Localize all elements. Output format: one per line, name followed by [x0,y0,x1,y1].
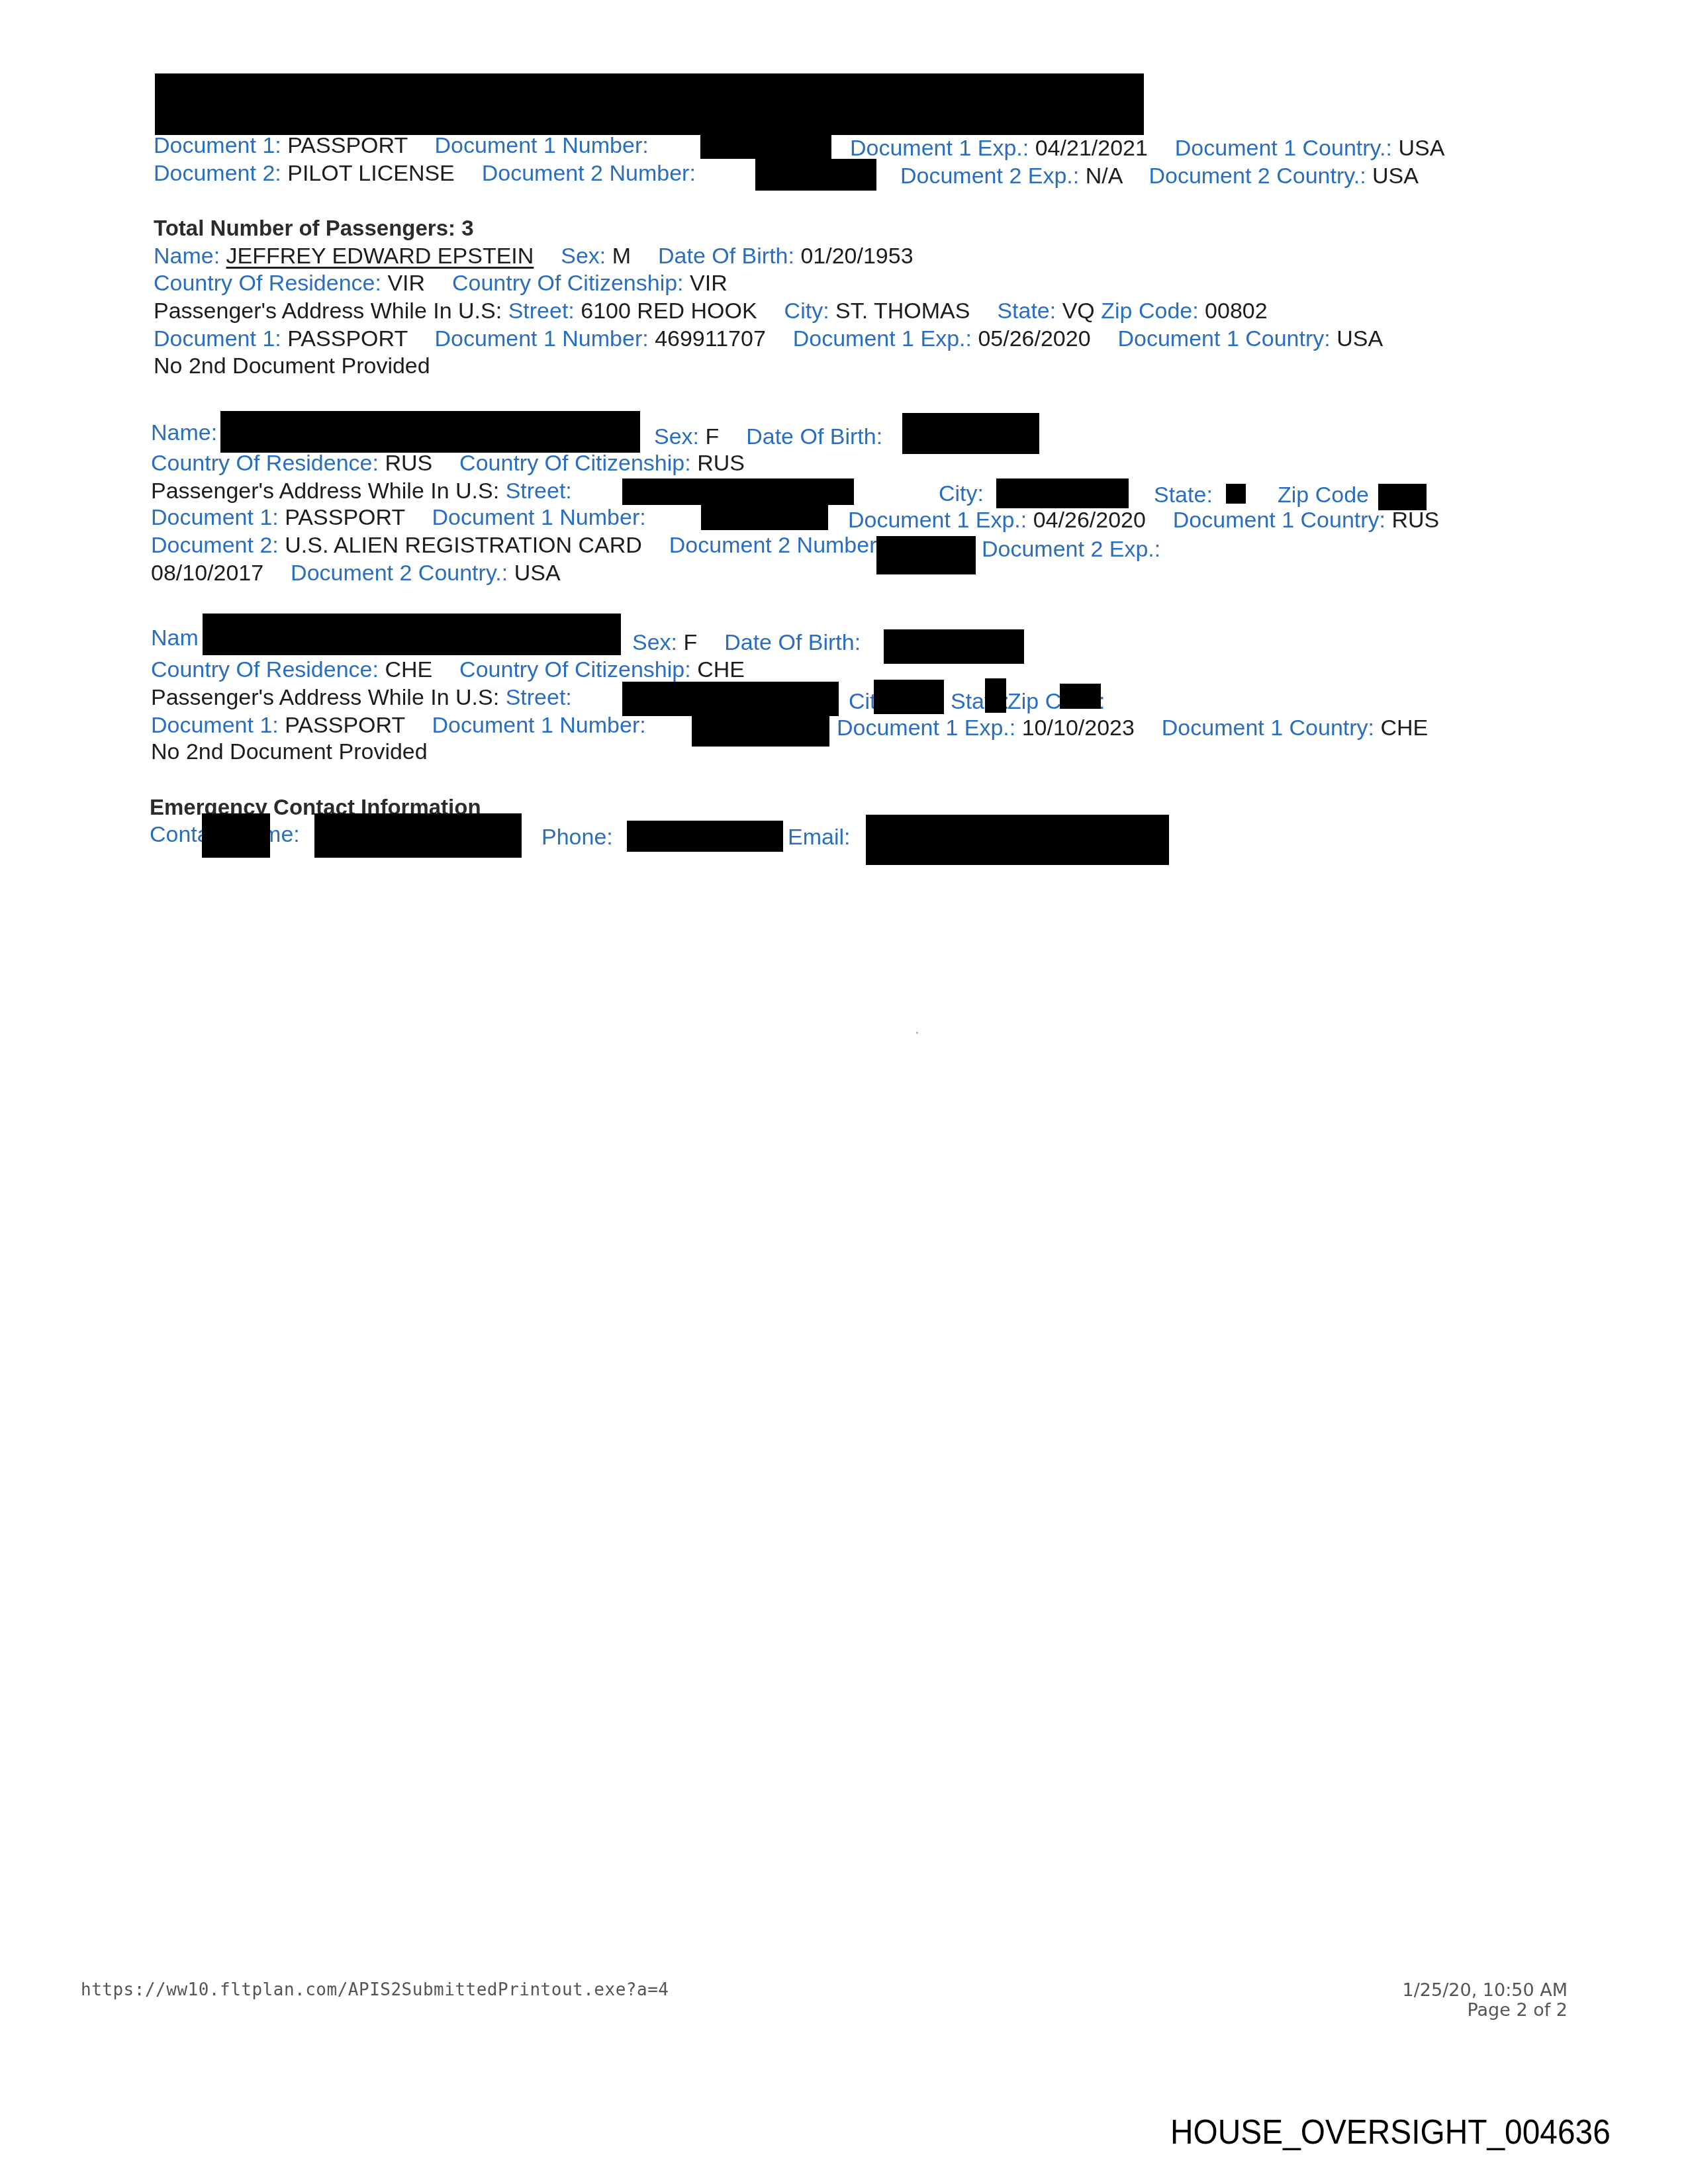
p2-zip-label: Zip Code [1278,482,1369,508]
p2-street-label: Street: [506,478,572,504]
scan-artifact [916,1032,918,1034]
footer-page-number: Page 2 of 2 [1468,2000,1568,2021]
p2-sex-value: F [706,424,720,449]
p1-doc1-row: Document 1: PASSPORT Document 1 Number: … [154,326,1383,352]
p1-doc1-label: Document 1: [154,326,281,351]
p1-doc1-number-label: Document 1 Number: [435,326,649,351]
p2-doc1-number-label: Document 1 Number: [432,505,646,530]
p1-dob-value: 01/20/1953 [800,244,913,269]
p3-doc1-exp-value: 10/10/2023 [1022,715,1135,741]
redaction-p2-dob [902,413,1039,454]
p2-state-zip-row: State: [1154,482,1213,508]
crew-doc2-label: Document 2: [154,161,281,186]
crew-doc2-exp-row: Document 2 Exp.: N/A Document 2 Country.… [900,163,1419,189]
p3-country-row: Country Of Residence: CHE Country Of Cit… [151,657,745,683]
crew-doc2-exp-label: Document 2 Exp.: [900,163,1079,189]
p2-sex-label: Sex: [654,424,699,449]
p3-second-doc-text: No 2nd Document Provided [151,739,428,764]
p2-country-row: Country Of Residence: RUS Country Of Cit… [151,450,745,477]
p3-doc1-number-label: Document 1 Number: [432,713,646,738]
p1-zip-value: 00802 [1205,298,1268,324]
p1-name-value: JEFFREY EDWARD EPSTEIN [226,244,534,269]
p3-second-doc-note: No 2nd Document Provided [151,739,428,765]
p1-address-label: Passenger's Address While In U.S: [154,298,502,324]
redaction-p2-doc2-number [876,536,976,574]
p3-citizenship-label: Country Of Citizenship: [459,657,691,682]
p3-sex-dob-row: Sex: F Date Of Birth: [632,629,861,656]
p3-residence-label: Country Of Residence: [151,657,379,682]
footer-url: https://ww10.fltplan.com/APIS2SubmittedP… [81,1980,669,2000]
redaction-p2-zip [1378,484,1427,510]
p3-residence-value: CHE [385,657,432,682]
p3-dob-label: Date Of Birth: [724,630,861,655]
p3-name-label: Nam [151,625,199,651]
p2-doc2-label: Document 2: [151,533,279,558]
p1-state-value: VQ [1062,298,1095,324]
redaction-p2-city [996,478,1129,508]
p3-doc1-row: Document 1: PASSPORT Document 1 Number: [151,712,646,739]
p2-name-row: Name: [151,420,217,446]
p1-state-label: State: [997,298,1056,324]
p3-doc1-country-value: CHE [1381,715,1429,741]
redaction-p3-dob [884,629,1024,664]
crew-doc1-value: PASSPORT [287,133,407,158]
p2-citizenship-value: RUS [697,451,745,476]
p1-residence-value: VIR [387,271,425,296]
crew-doc2-country-value: USA [1372,163,1419,189]
p3-address-row: Passenger's Address While In U.S: Street… [151,684,572,711]
p3-doc1-country-label: Document 1 Country: [1162,715,1374,741]
redaction-p3-city [874,680,944,714]
p3-doc1-exp-row: Document 1 Exp.: 10/10/2023 Document 1 C… [837,715,1428,741]
redaction-emergency-phone [627,821,783,852]
crew-doc1-country-value: USA [1398,136,1444,161]
p2-doc1-country-label: Document 1 Country: [1173,508,1385,533]
p1-sex-value: M [612,244,631,269]
crew-doc1-exp-label: Document 1 Exp.: [850,136,1029,161]
redaction-emergency-name [202,813,270,858]
redaction-p2-street [622,478,854,505]
crew-doc1-label: Document 1: [154,133,281,158]
p2-state-label: State: [1154,482,1213,508]
p2-zip-row: Zip Code [1278,482,1369,508]
p1-doc1-value: PASSPORT [287,326,407,351]
bates-number: HOUSE_OVERSIGHT_004636 [1170,2113,1611,2152]
redaction-p3-zip [1060,684,1101,709]
p2-sex-dob-row: Sex: F Date Of Birth: [654,424,882,450]
p2-city-label: City: [939,481,984,506]
p1-city-label: City: [784,298,829,324]
p2-doc2-value: U.S. ALIEN REGISTRATION CARD [285,533,642,558]
p2-residence-value: RUS [385,451,432,476]
crew-doc2-exp-value: N/A [1086,163,1122,189]
p2-doc2-exp-continued: 08/10/2017 Document 2 Country.: USA [151,560,561,586]
p2-name-label: Name: [151,420,217,445]
redaction-emergency-email [866,815,1169,865]
p2-doc1-value: PASSPORT [285,505,404,530]
document-page: Document 1: PASSPORT Document 1 Number: … [0,0,1688,2184]
redaction-p2-name [220,411,640,453]
redaction-emergency-name-2 [314,813,522,858]
p3-sex-value: F [684,630,698,655]
p1-dob-label: Date Of Birth: [658,244,794,269]
p2-doc2-number-label: Document 2 Number: [669,533,883,558]
p1-doc1-exp-value: 05/26/2020 [978,326,1090,351]
p2-doc2-country-value: USA [514,561,561,586]
footer-timestamp: 1/25/20, 10:50 AM [1403,1980,1568,2001]
p2-residence-label: Country Of Residence: [151,451,379,476]
p1-residence-label: Country Of Residence: [154,271,381,296]
p2-citizenship-label: Country Of Citizenship: [459,451,691,476]
redaction-p2-state [1226,484,1246,504]
p1-name-label: Name: [154,244,220,269]
p2-dob-label: Date Of Birth: [746,424,882,449]
p1-doc1-country-label: Document 1 Country: [1117,326,1330,351]
p1-country-row: Country Of Residence: VIR Country Of Cit… [154,270,727,296]
p3-name-row: Nam [151,625,199,651]
crew-doc1-number-label: Document 1 Number: [435,133,649,158]
crew-doc1-country-label: Document 1 Country.: [1175,136,1392,161]
p1-street-label: Street: [508,298,575,324]
p1-second-doc-note: No 2nd Document Provided [154,353,430,379]
crew-doc1-row: Document 1: PASSPORT Document 1 Number: [154,132,649,159]
p1-citizenship-value: VIR [690,271,727,296]
crew-doc2-country-label: Document 2 Country.: [1149,163,1366,189]
p3-doc1-exp-label: Document 1 Exp.: [837,715,1015,741]
emergency-phone-label: Phone: [541,825,613,850]
p2-doc2-country-label: Document 2 Country.: [291,561,508,586]
p3-doc1-label: Document 1: [151,713,279,738]
p1-address-row: Passenger's Address While In U.S: Street… [154,298,1268,324]
p2-doc1-exp-label: Document 1 Exp.: [848,508,1027,533]
redaction-p3-state [985,678,1006,713]
crew-doc2-row: Document 2: PILOT LICENSE Document 2 Num… [154,160,696,187]
redaction-p2-doc1-number [701,503,828,530]
p2-city-row: City: [939,480,984,507]
p2-address-row: Passenger's Address While In U.S: Street… [151,478,572,504]
p2-doc1-row: Document 1: PASSPORT Document 1 Number: [151,504,646,531]
p1-doc1-country-value: USA [1336,326,1383,351]
emergency-email-label: Email: [788,825,850,850]
p1-sex-label: Sex: [561,244,606,269]
p2-doc2-row: Document 2: U.S. ALIEN REGISTRATION CARD… [151,532,883,559]
redaction-p3-name [203,614,621,655]
redaction-crew-doc2-number [755,159,876,191]
p2-doc1-exp-value: 04/26/2020 [1033,508,1146,533]
redaction-crew-doc1-number [700,135,831,159]
p3-sex-label: Sex: [632,630,677,655]
redaction-p3-doc1-number [692,709,829,747]
p1-citizenship-label: Country Of Citizenship: [452,271,684,296]
p3-doc1-value: PASSPORT [285,713,404,738]
p2-doc2-exp-value: 08/10/2017 [151,561,263,586]
emergency-phone-row: Phone: [541,824,613,850]
p1-doc1-number-value: 469911707 [655,326,766,351]
p1-doc1-exp-label: Document 1 Exp.: [793,326,972,351]
passengers-heading: Total Number of Passengers: 3 [154,215,474,242]
p2-doc1-exp-row: Document 1 Exp.: 04/26/2020 Document 1 C… [848,507,1439,533]
emergency-email-row: Email: [788,824,850,850]
p1-city-value: ST. THOMAS [835,298,970,324]
p2-doc2-exp-label: Document 2 Exp.: [982,537,1160,562]
crew-doc1-exp-value: 04/21/2021 [1035,136,1148,161]
p1-street-value: 6100 RED HOOK [581,298,757,324]
p2-doc2-exp-row: Document 2 Exp.: [982,536,1160,563]
redaction-header [155,73,1144,135]
p1-name-row: Name: JEFFREY EDWARD EPSTEIN Sex: M Date… [154,243,914,269]
p1-second-doc-text: No 2nd Document Provided [154,353,430,379]
crew-doc1-exp-row: Document 1 Exp.: 04/21/2021 Document 1 C… [850,135,1444,161]
crew-doc2-number-label: Document 2 Number: [482,161,696,186]
p3-street-label: Street: [506,685,572,710]
p3-citizenship-value: CHE [697,657,745,682]
p2-doc1-label: Document 1: [151,505,279,530]
p2-address-label: Passenger's Address While In U.S: [151,478,499,504]
p1-zip-label: Zip Code: [1101,298,1198,324]
crew-doc2-value: PILOT LICENSE [287,161,455,186]
p2-doc1-country-value: RUS [1392,508,1440,533]
p3-address-label: Passenger's Address While In U.S: [151,685,499,710]
